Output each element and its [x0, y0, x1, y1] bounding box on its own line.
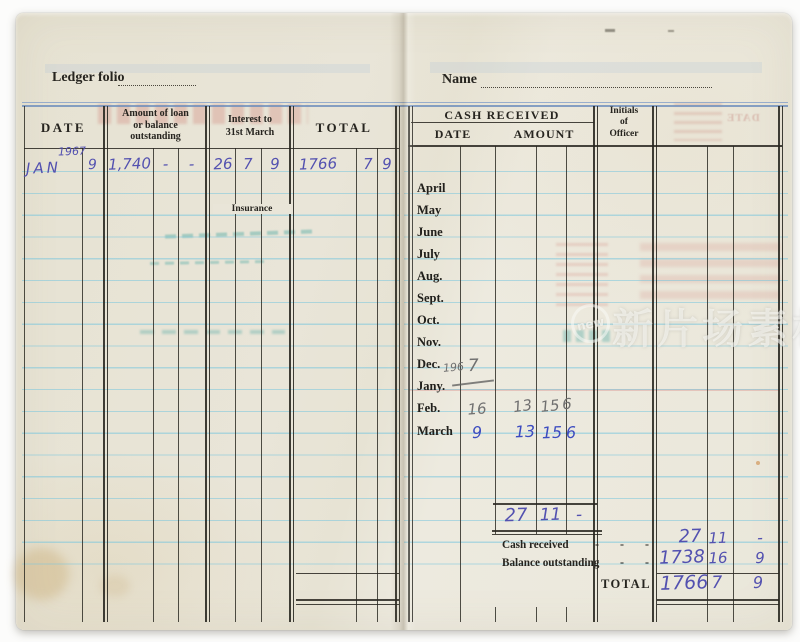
initials-of-officer-header: Initials of Officer: [597, 106, 652, 141]
month-label: Jany.: [417, 376, 459, 398]
column-header-amount: Amount of loan or balance outstanding: [106, 108, 205, 143]
total-double-rule: [296, 599, 399, 601]
initials-header-line: Initials: [597, 106, 652, 118]
month-label: Nov.: [417, 332, 459, 354]
amount-header-line: or balance: [106, 120, 205, 132]
column-header-amount-right: AMOUNT: [495, 127, 594, 142]
month-label: Oct.: [417, 310, 459, 332]
rule-v: [495, 146, 496, 534]
handwritten-amount-shillings: -: [153, 155, 179, 174]
pencil-year-note: 196: [442, 360, 464, 375]
subtotal-pounds: 27: [495, 504, 538, 526]
handwritten-interest-pence: 9: [261, 155, 290, 174]
rule-v: [495, 607, 496, 622]
subtotal-pence: -: [565, 505, 594, 526]
ledger-folio-label: Ledger folio: [52, 70, 124, 86]
handwritten-total-pounds: 1766: [296, 154, 341, 174]
month-label: May: [417, 199, 459, 221]
rule-v: [209, 106, 211, 622]
cash-received-shillings: 11: [707, 529, 730, 548]
amount-header-line: Amount of loan: [106, 108, 205, 120]
interest-header-line: Interest to: [211, 114, 289, 127]
leader-dash: -: [592, 537, 602, 552]
name-dotted-line: [481, 86, 712, 88]
rule-v: [733, 146, 734, 622]
column-header-total: TOTAL: [293, 120, 396, 136]
rule-h: [408, 145, 782, 147]
month-label: Aug.: [417, 265, 459, 287]
ruled-lines-left-page: [22, 171, 399, 577]
scanned-ledger-photo: DATE Ledger folio Name: [0, 0, 800, 642]
cash-received-summary-label: Cash received: [502, 539, 569, 551]
leader-dash: -: [617, 537, 627, 552]
month-list: April May June July Aug. Sept. Oct. Nov.…: [417, 177, 459, 442]
rule-v: [536, 607, 537, 622]
balance-pence: 9: [742, 548, 779, 567]
feb-day: 16: [459, 399, 494, 419]
rule-v: [178, 148, 179, 622]
feb-pence: 6: [556, 395, 579, 414]
balance-pounds: 1738: [658, 546, 707, 569]
rule-v: [103, 106, 105, 622]
month-label: Feb.: [417, 398, 459, 420]
rule-v: [107, 106, 109, 622]
rule-v: [289, 106, 291, 622]
cash-received-header: CASH RECEIVED: [411, 108, 593, 123]
rule-v: [377, 148, 378, 622]
handwritten-amount-pounds: 1,740: [106, 154, 154, 174]
rule-v: [235, 148, 236, 622]
grand-total-pounds: 1766: [660, 571, 709, 595]
grand-total-pence: 9: [740, 572, 777, 592]
march-pence: 6: [560, 423, 583, 443]
pencil-year-seven: 7: [468, 356, 480, 376]
handwritten-month: JAN: [26, 158, 62, 177]
rule-v: [656, 106, 658, 622]
column-header-date: DATE: [24, 120, 103, 136]
leader-dash: -: [642, 555, 652, 570]
month-label: March: [417, 420, 459, 442]
interest-header-line: 31st March: [211, 127, 289, 140]
balance-outstanding-label: Balance outstanding: [502, 557, 599, 569]
total-double-rule: [657, 599, 779, 601]
name-label: Name: [442, 72, 477, 88]
rule-v: [566, 146, 567, 534]
total-rule: [296, 573, 399, 574]
total-double-rule: [296, 604, 399, 606]
month-label: April: [417, 177, 459, 199]
column-header-interest: Interest to 31st March: [211, 114, 289, 139]
rule-v: [261, 148, 262, 622]
subtotal-box-bottom: [492, 534, 602, 535]
rule-v: [356, 148, 357, 622]
total-summary-label: TOTAL: [600, 577, 652, 592]
watermark-text: 新片场素材: [612, 296, 800, 355]
leader-dash: -: [617, 555, 627, 570]
rule-v: [566, 607, 567, 622]
rule-v: [82, 148, 83, 622]
folio-dotted-line: [118, 84, 196, 86]
amount-header-line: outstanding: [106, 131, 205, 143]
rule-v: [24, 106, 25, 622]
total-double-rule: [657, 604, 779, 606]
month-label: Sept.: [417, 287, 459, 309]
column-header-date-right: DATE: [411, 127, 495, 142]
month-label: July: [417, 243, 459, 265]
handwritten-interest-shillings: 7: [235, 155, 262, 174]
march-day: 9: [460, 422, 495, 442]
handwritten-interest-pounds: 26: [211, 155, 236, 174]
rule-v: [153, 148, 154, 622]
grand-total-shillings: 7: [705, 573, 730, 594]
rule-v: [652, 106, 654, 622]
initials-header-line: of: [597, 117, 652, 129]
rule-v: [205, 106, 207, 622]
leader-dash: -: [642, 537, 652, 552]
handwritten-day: 9: [82, 157, 104, 174]
insurance-label: Insurance: [213, 204, 291, 214]
rule-v: [536, 146, 537, 534]
book-fold: [390, 13, 416, 630]
balance-shillings: 16: [707, 549, 730, 568]
subtotal-shillings: 11: [536, 505, 566, 526]
rule-v: [782, 106, 784, 622]
rule-v: [293, 106, 295, 622]
month-label: June: [417, 221, 459, 243]
cash-received-pence: -: [742, 527, 779, 547]
subtotal-box-bottom: [492, 530, 602, 532]
initials-header-line: Officer: [597, 129, 652, 141]
handwritten-amount-pence: -: [178, 155, 206, 174]
